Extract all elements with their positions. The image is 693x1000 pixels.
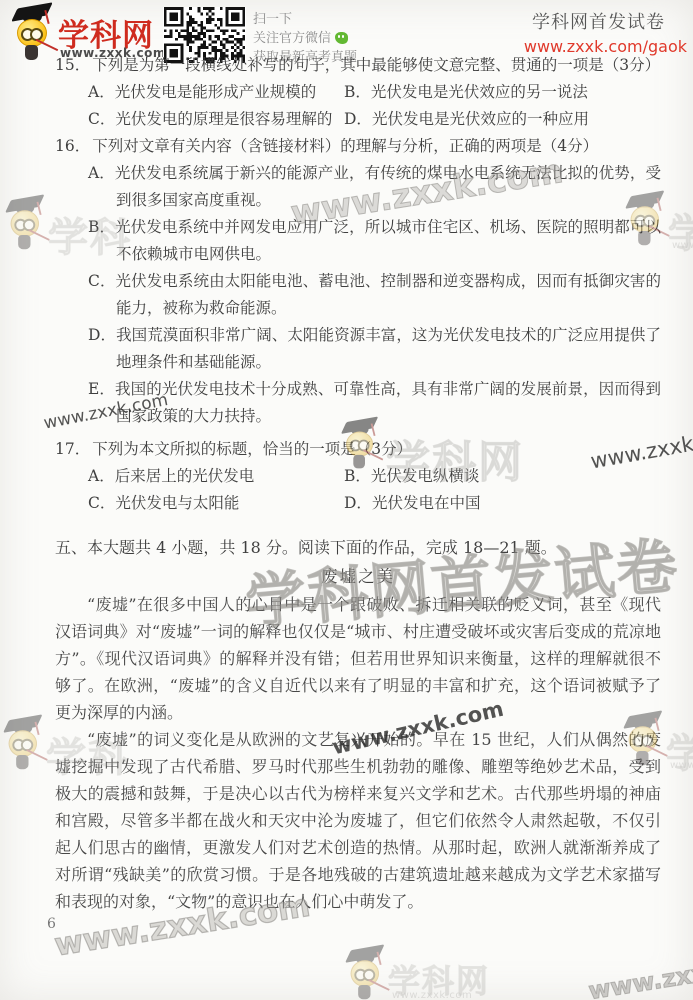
essay-title: 废墟之美 [55,563,661,590]
q17-option-c: C．光伏发电与太阳能 [88,490,344,517]
q16-option-c: C．光伏发电系统由太阳能电池、蓄电池、控制器和逆变器构成，因而有抵御灾害的能力，… [88,268,661,322]
question-15-options: A．光伏发电是能形成产业规模的 B．光伏发电是光伏效应的另一说法 C．光伏发电的… [55,79,661,133]
question-17-stem: 17．下列为本文所拟的标题，恰当的一项是（3分） [55,436,661,463]
question-16-stem: 16．下列对文章有关内容（含链接材料）的理解与分析，正确的两项是（4分） [55,133,661,160]
section-5-heading: 五、本大题共 4 小题，共 18 分。阅读下面的作品，完成 18—21 题。 [55,534,661,561]
exam-content: 15．下列是为第一段横线处补写的句子，其中最能够使文意完整、贯通的一项是（3分）… [55,52,661,915]
question-17-options: A．后来居上的光伏发电 B．光伏发电纵横谈 C．光伏发电与太阳能 D．光伏发电在… [55,463,661,517]
q15-option-d: D．光伏发电是光伏效应的一种应用 [344,106,661,133]
qr-caption-line2: 关注官方微信 [253,29,357,48]
zxxk-mascot-icon [342,946,388,1000]
header-issue-info: 学科网首发试卷 www.zxxk.com/gaok [524,8,665,56]
essay-paragraph-1: “废墟”在很多中国人的心目中是一个跟破败、拆迁相关联的贬义词，甚至《现代汉语词典… [55,591,661,726]
watermark-mascot-footer: 学科网 www.zxxk.com [342,946,390,1000]
watermark-mascot-left-1: 学科 [2,196,50,256]
q17-option-d: D．光伏发电在中国 [344,490,661,517]
zxxk-mascot-icon [0,716,46,773]
q16-option-e: E．我国的光伏发电技术十分成熟、可靠性高，具有非常广阔的发展前景，因而得到国家政… [88,376,661,430]
watermark-url-footer-right: www.zxx [587,959,693,1000]
essay-paragraph-2: “废墟”的词义变化是从欧洲的文艺复兴开始的。早在 15 世纪，人们从偶然的废墟挖… [55,726,661,915]
page-number: 6 [47,916,56,932]
zxxk-mascot-icon [8,4,56,64]
q16-option-d: D．我国荒漠面积非常广阔、太阳能资源丰富，这为光伏发电技术的广泛应用提供了地理条… [88,322,661,376]
exam-paper-page: 学科网 www.zxxk.com 扫一下 关注官方微信 获取最新高考真题 学科网… [0,0,693,1000]
q15-option-b: B．光伏发电是光伏效应的另一说法 [344,79,661,106]
q16-option-a: A．光伏发电系统属于新兴的能源产业，有传统的煤电水电系统无法比拟的优势，受到很多… [88,160,661,214]
wechat-icon [335,32,348,44]
question-15-stem: 15．下列是为第一段横线处补写的句子，其中最能够使文意完整、贯通的一项是（3分） [55,52,661,79]
qr-caption-line1: 扫一下 [253,10,357,29]
q15-option-a: A．光伏发电是能形成产业规模的 [88,79,344,106]
q15-option-c: C．光伏发电的原理是很容易理解的 [88,106,344,133]
watermark-mascot-left-2: 学科 [0,716,48,776]
essay-body: “废墟”在很多中国人的心目中是一个跟破败、拆迁相关联的贬义词，甚至《现代汉语词典… [55,591,661,915]
q17-option-a: A．后来居上的光伏发电 [88,463,344,490]
q16-option-b: B．光伏发电系统中并网发电应用广泛，所以城市住宅区、机场、医院的照明都可以不依赖… [88,214,661,268]
question-16-options: A．光伏发电系统属于新兴的能源产业，有传统的煤电水电系统无法比拟的优势，受到很多… [55,160,661,430]
q17-option-b: B．光伏发电纵横谈 [344,463,661,490]
issue-title: 学科网首发试卷 [524,8,665,34]
zxxk-mascot-icon [2,196,48,253]
